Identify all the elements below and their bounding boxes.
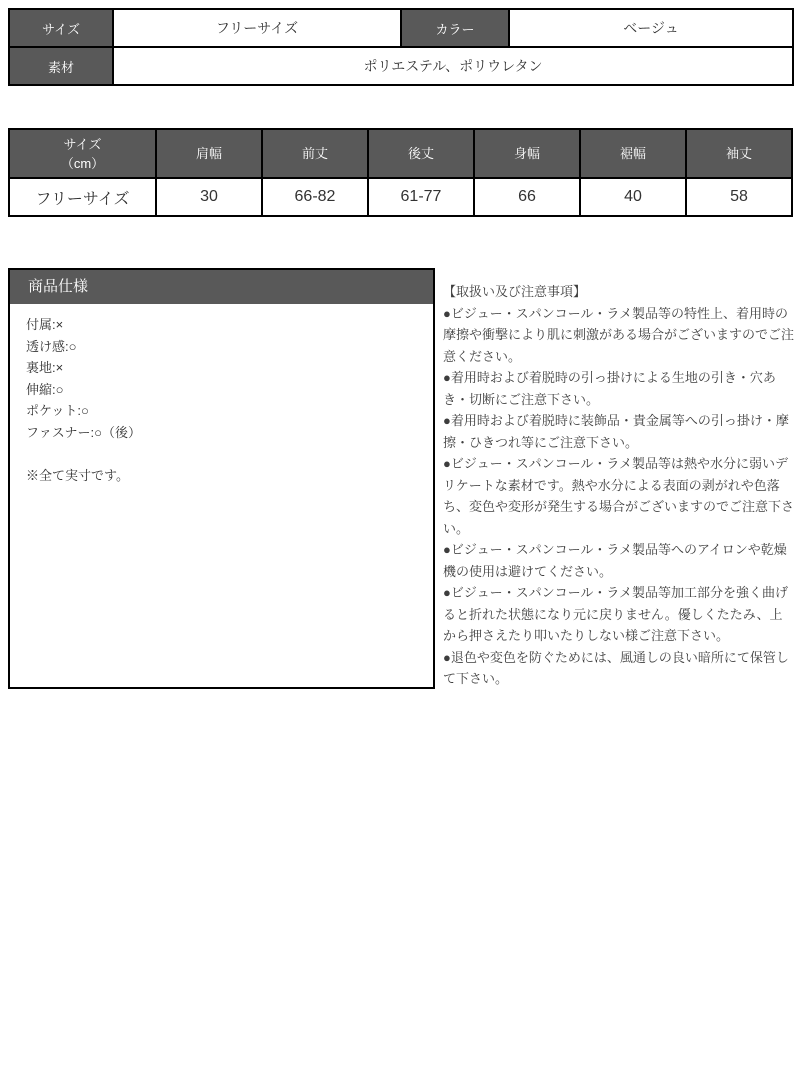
size-table: サイズ （cm） 肩幅 前丈 後丈 身幅 裾幅 袖丈 フリーサイズ 30 66-… [8, 128, 793, 217]
size-table-corner-line2: （cm） [14, 154, 151, 173]
body-width-value-cell: 66 [474, 178, 580, 216]
spec-item-zipper: ファスナー:○（後） [26, 422, 417, 444]
care-notes-heading: 【取扱い及び注意事項】 [443, 281, 795, 303]
product-spec-box: 商品仕様 付属:× 透け感:○ 裏地:× 伸縮:○ ポケット:○ ファスナー:○… [8, 268, 435, 689]
size-table-header-back-length: 後丈 [368, 129, 474, 178]
spec-item-pocket: ポケット:○ [26, 400, 417, 422]
size-row-label-cell: フリーサイズ [9, 178, 156, 216]
product-spec-title: 商品仕様 [10, 270, 433, 304]
size-table-header-body-width: 身幅 [474, 129, 580, 178]
spec-item-sheerness: 透け感:○ [26, 336, 417, 358]
spec-table-row-material: 素材 ポリエステル、ポリウレタン [9, 47, 793, 85]
care-note-storage: ●退色や変色を防ぐためには、風通しの良い暗所にて保管して下さい。 [443, 647, 795, 690]
size-table-corner-cell: サイズ （cm） [9, 129, 156, 178]
spec-table-row-size-color: サイズ フリーサイズ カラー ベージュ [9, 9, 793, 47]
size-table-header-row: サイズ （cm） 肩幅 前丈 後丈 身幅 裾幅 袖丈 [9, 129, 792, 178]
care-note-iron-dryer: ●ビジュー・スパンコール・ラメ製品等へのアイロンや乾燥機の使用は避けてください。 [443, 539, 795, 582]
front-length-value-cell: 66-82 [262, 178, 368, 216]
care-note-heat-moisture: ●ビジュー・スパンコール・ラメ製品等は熱や水分に弱いデリケートな素材です。熱や水… [443, 453, 795, 539]
color-label-cell: カラー [401, 9, 509, 47]
color-value-cell: ベージュ [509, 9, 793, 47]
hem-width-value-cell: 40 [580, 178, 686, 216]
material-value-cell: ポリエステル、ポリウレタン [113, 47, 793, 85]
size-table-header-shoulder-width: 肩幅 [156, 129, 262, 178]
product-spec-body: 付属:× 透け感:○ 裏地:× 伸縮:○ ポケット:○ ファスナー:○（後） ※… [10, 304, 433, 487]
spec-item-lining: 裏地:× [26, 357, 417, 379]
shoulder-width-value-cell: 30 [156, 178, 262, 216]
material-label-cell: 素材 [9, 47, 113, 85]
care-note-friction: ●ビジュー・スパンコール・ラメ製品等の特性上、着用時の摩擦や衝撃により肌に刺激が… [443, 303, 795, 368]
care-notes: 【取扱い及び注意事項】 ●ビジュー・スパンコール・ラメ製品等の特性上、着用時の摩… [443, 281, 795, 690]
sleeve-length-value-cell: 58 [686, 178, 792, 216]
size-table-data-row: フリーサイズ 30 66-82 61-77 66 40 58 [9, 178, 792, 216]
spec-table: サイズ フリーサイズ カラー ベージュ 素材 ポリエステル、ポリウレタン [8, 8, 794, 86]
size-table-header-front-length: 前丈 [262, 129, 368, 178]
spec-item-stretch: 伸縮:○ [26, 379, 417, 401]
back-length-value-cell: 61-77 [368, 178, 474, 216]
care-note-jewelry: ●着用時および着脱時に装飾品・貴金属等への引っ掛け・摩擦・ひきつれ等にご注意下さ… [443, 410, 795, 453]
spec-note-actual-measurements: ※全て実寸です。 [26, 465, 417, 487]
care-note-bending: ●ビジュー・スパンコール・ラメ製品等加工部分を強く曲げると折れた状態になり元に戻… [443, 582, 795, 647]
care-note-snagging: ●着用時および着脱時の引っ掛けによる生地の引き・穴あき・切断にご注意下さい。 [443, 367, 795, 410]
size-table-corner-line1: サイズ [14, 135, 151, 154]
size-value-cell: フリーサイズ [113, 9, 401, 47]
spec-item-accessories: 付属:× [26, 314, 417, 336]
size-label-cell: サイズ [9, 9, 113, 47]
product-spec-page: サイズ フリーサイズ カラー ベージュ 素材 ポリエステル、ポリウレタン サイズ… [0, 0, 800, 1067]
size-table-header-sleeve-length: 袖丈 [686, 129, 792, 178]
size-table-header-hem-width: 裾幅 [580, 129, 686, 178]
